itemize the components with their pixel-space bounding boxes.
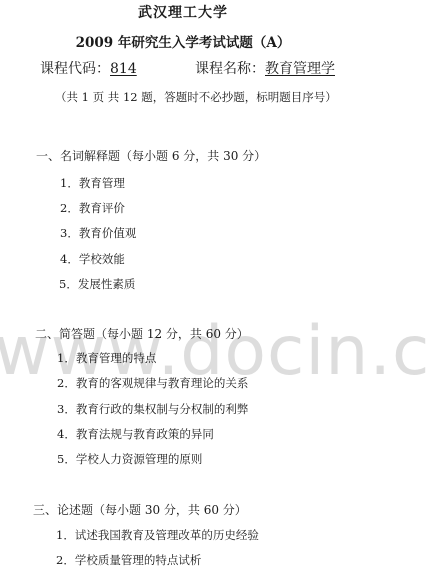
university-title: 武汉理工大学 [0,2,366,22]
list-item: 1．教育管理 [60,175,125,191]
list-item: 3．教育价值观 [60,225,136,241]
course-name-line: 课程名称：教育管理学 [195,58,335,78]
list-item: 4．学校效能 [60,251,125,267]
section-1-heading: 一、名词解释题（每小题 6 分，共 30 分） [36,147,266,164]
course-name-label: 课程名称： [195,61,265,77]
course-code-value: 814 [110,61,137,77]
exam-note: （共 1 页 共 12 题，答题时不必抄题，标明题目序号） [55,89,337,105]
course-code-label: 课程代码： [40,61,110,77]
course-code-line: 课程代码：814 [40,58,137,78]
list-item: 2．教育评价 [60,200,125,216]
list-item: 1．教育管理的特点 [57,350,156,366]
list-item: 4．教育法规与教育政策的异同 [57,426,214,442]
list-item: 2．学校质量管理的特点试析 [56,552,201,568]
section-3-heading: 三、论述题（每小题 30 分，共 60 分） [33,501,247,518]
exam-title: 2009 年研究生入学考试试题（A） [0,31,366,51]
list-item: 1．试述我国教育及管理改革的历史经验 [56,527,259,543]
section-2-heading: 二、简答题（每小题 12 分，共 60 分） [35,325,249,342]
list-item: 5．发展性素质 [59,276,135,292]
course-name-value: 教育管理学 [265,61,335,77]
list-item: 3．教育行政的集权制与分权制的利弊 [57,401,248,417]
list-item: 5．学校人力资源管理的原则 [57,451,202,467]
list-item: 2．教育的客观规律与教育理论的关系 [57,375,248,391]
